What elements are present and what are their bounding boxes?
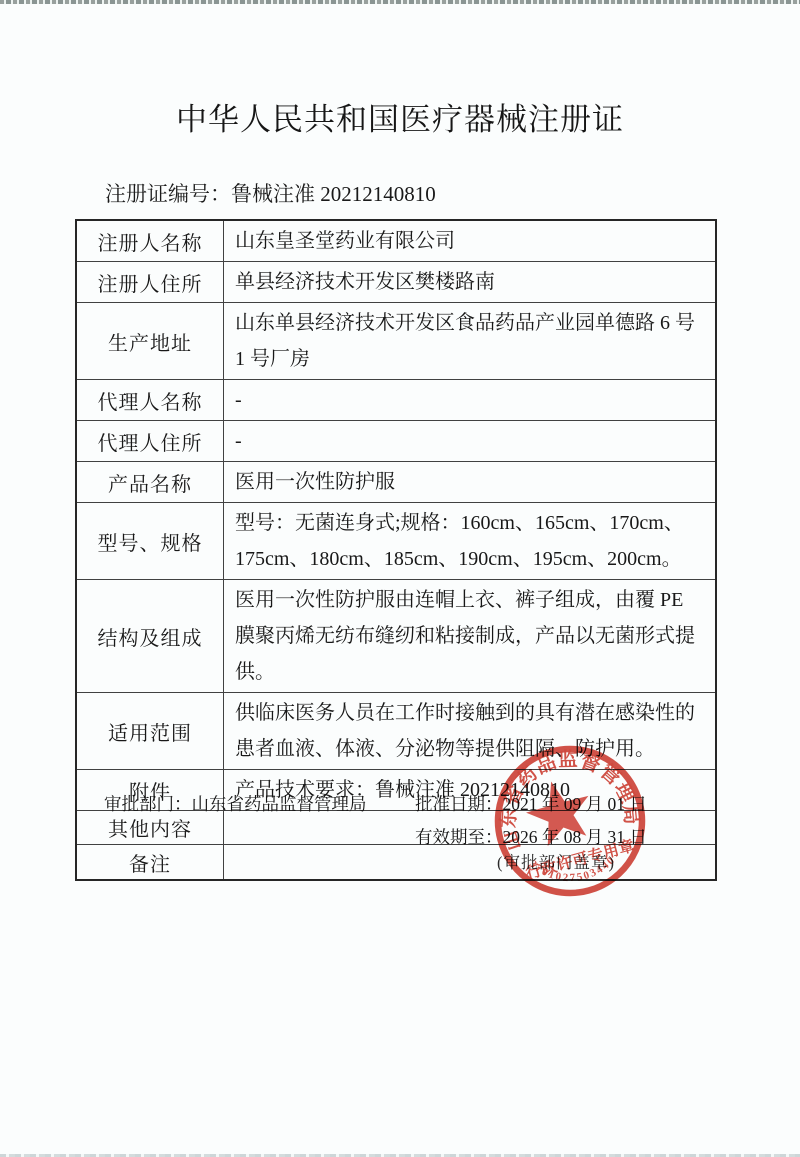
- row-value: 山东皇圣堂药业有限公司: [224, 221, 715, 261]
- row-label: 注册人名称: [77, 221, 224, 261]
- seal-graphic: 山东省药品监督管理局 行政许可专用章 3701027503440: [455, 706, 685, 936]
- registration-number-line: 注册证编号：鲁械注准 20212140810: [105, 178, 436, 208]
- registration-number-label: 注册证编号：: [105, 182, 231, 206]
- official-seal-stamp: 山东省药品监督管理局 行政许可专用章 3701027503440: [455, 706, 685, 936]
- row-label: 代理人住所: [77, 421, 224, 461]
- row-label: 代理人名称: [77, 380, 224, 420]
- row-label: 备注: [77, 845, 224, 879]
- scan-edge-top-artifact: [0, 0, 800, 4]
- row-value: 医用一次性防护服: [224, 462, 715, 502]
- row-value: -: [224, 421, 715, 461]
- row-label: 结构及组成: [77, 580, 224, 692]
- row-label: 生产地址: [77, 303, 224, 379]
- row-label: 注册人住所: [77, 262, 224, 302]
- table-row: 生产地址 山东单县经济技术开发区食品药品产业园单德路 6 号 1 号厂房: [77, 302, 715, 379]
- row-label: 产品名称: [77, 462, 224, 502]
- table-row: 产品名称 医用一次性防护服: [77, 461, 715, 502]
- row-value: 单县经济技术开发区樊楼路南: [224, 262, 715, 302]
- row-label: 适用范围: [77, 693, 224, 769]
- page-title: 中华人民共和国医疗器械注册证: [0, 94, 800, 139]
- row-label: 型号、规格: [77, 503, 224, 579]
- row-value: 型号：无菌连身式;规格：160cm、165cm、170cm、175cm、180c…: [224, 503, 715, 579]
- row-value: 山东单县经济技术开发区食品药品产业园单德路 6 号 1 号厂房: [224, 303, 715, 379]
- row-value: 医用一次性防护服由连帽上衣、裤子组成，由覆 PE 膜聚丙烯无纺布缝纫和粘接制成，…: [224, 580, 715, 692]
- row-value: -: [224, 380, 715, 420]
- approval-department: 审批部门：山东省药品监督管理局: [104, 791, 367, 816]
- table-row: 代理人名称 -: [77, 379, 715, 420]
- table-row: 注册人名称 山东皇圣堂药业有限公司: [77, 221, 715, 261]
- table-row: 注册人住所 单县经济技术开发区樊楼路南: [77, 261, 715, 302]
- table-row: 结构及组成 医用一次性防护服由连帽上衣、裤子组成，由覆 PE 膜聚丙烯无纺布缝纫…: [77, 579, 715, 692]
- table-row: 代理人住所 -: [77, 420, 715, 461]
- certificate-page: 中华人民共和国医疗器械注册证 注册证编号：鲁械注准 20212140810 注册…: [0, 0, 800, 1157]
- table-row: 型号、规格 型号：无菌连身式;规格：160cm、165cm、170cm、175c…: [77, 502, 715, 579]
- registration-number-value: 鲁械注准 20212140810: [231, 182, 436, 206]
